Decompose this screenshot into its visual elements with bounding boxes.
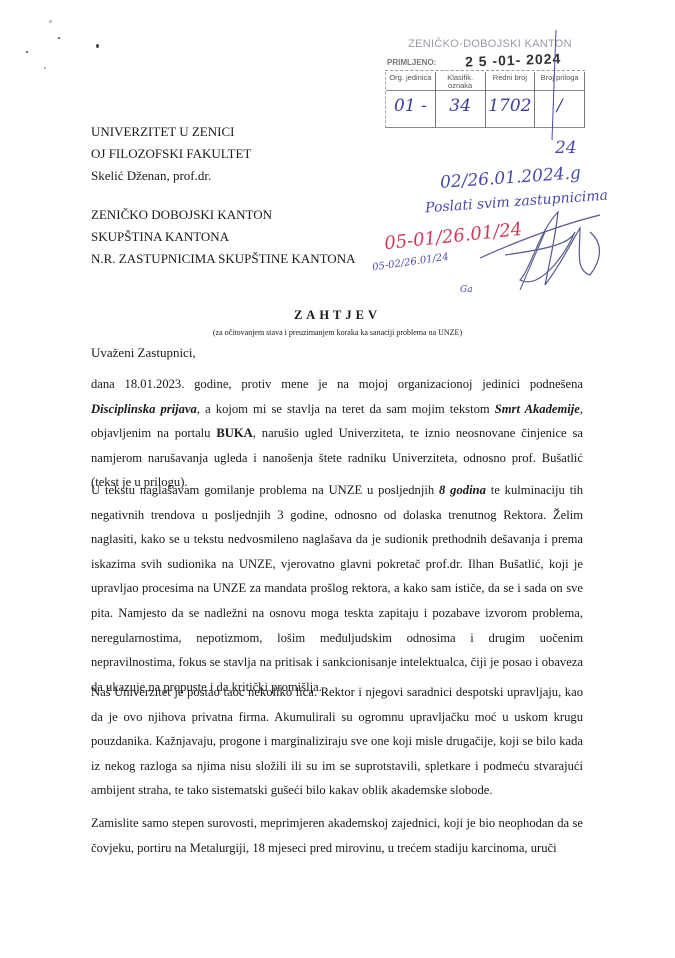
stamp-extra-handwritten: 24 <box>555 138 577 158</box>
stamp-col-value: / <box>535 96 584 116</box>
document-title: ZAHTJEV <box>0 308 675 323</box>
recipient-line-1: ZENIČKO DOBOJSKI KANTON <box>91 204 355 226</box>
emphasis-disciplinary-report: Disciplinska prijava <box>91 402 197 416</box>
handwritten-date-note: 02/26.01.2024.g <box>439 163 581 193</box>
sender-line-2: OJ FILOZOFSKI FAKULTET <box>91 143 251 165</box>
sender-line-3: Skelić Dženan, prof.dr. <box>91 165 251 187</box>
stamp-col-classification: Klasifik. oznaka 34 <box>436 72 486 128</box>
stamp-received-date: 2 5 -01- 2024 <box>465 50 562 69</box>
paragraph-1: dana 18.01.2023. godine, protiv mene je … <box>91 372 583 495</box>
paragraph-2: U tekstu naglašavam gomilanje problema n… <box>91 478 583 699</box>
recipient-block: ZENIČKO DOBOJSKI KANTON SKUPŠTINA KANTON… <box>91 204 355 270</box>
scan-speck <box>26 51 28 53</box>
text-run: , a kojom mi se stavlja na teret da sam … <box>197 402 495 416</box>
document-subtitle: (za očitovanjem stava i preuzimanjem kor… <box>0 328 675 337</box>
stamp-header: ZENIČKO-DOBOJSKI KANTON <box>395 38 585 50</box>
handwritten-initials: Ga <box>460 285 473 295</box>
emphasis-portal-name: BUKA <box>216 426 252 440</box>
stamp-col-value: 1702 <box>486 96 535 116</box>
stamp-col-label: Klasifik. oznaka <box>436 74 485 91</box>
text-run: U tekstu naglašavam gomilanje problema n… <box>91 483 439 497</box>
salutation: Uvaženi Zastupnici, <box>91 345 196 361</box>
text-run: te kulminaciju tih negativnih trendova u… <box>91 483 583 694</box>
scan-speck <box>96 44 99 48</box>
stamp-col-label: Redni broj <box>486 74 535 91</box>
paragraph-4: Zamislite samo stepen surovosti, meprimj… <box>91 811 583 860</box>
emphasis-years: 8 godina <box>439 483 486 497</box>
sender-block: UNIVERZITET U ZENICI OJ FILOZOFSKI FAKUL… <box>91 121 251 187</box>
stamp-col-attachments: Broj priloga / <box>535 72 585 128</box>
registry-stamp: ZENIČKO-DOBOJSKI KANTON PRIMLJENO: 2 5 -… <box>385 34 585 134</box>
scan-speck <box>49 20 52 23</box>
text-run: dana 18.01.2023. godine, protiv mene je … <box>91 377 583 391</box>
recipient-line-3: N.R. ZASTUPNICIMA SKUPŠTINE KANTONA <box>91 248 355 270</box>
emphasis-article-title: Smrt Akademije <box>495 402 580 416</box>
recipient-line-2: SKUPŠTINA KANTONA <box>91 226 355 248</box>
stamp-col-org-unit: Org. jedinica 01 - <box>385 72 436 128</box>
stamp-received-label: PRIMLJENO: <box>387 58 436 67</box>
stamp-col-label: Broj priloga <box>535 74 584 91</box>
scan-speck <box>58 37 60 39</box>
stamp-col-value: 34 <box>436 96 485 116</box>
scan-speck <box>44 67 46 69</box>
stamp-col-serial: Redni broj 1702 <box>486 72 536 128</box>
handwritten-small-number: 05-02/26.01/24 <box>372 252 450 274</box>
handwritten-red-number: 05-01/26.01/24 <box>383 219 523 254</box>
stamp-grid: Org. jedinica 01 - Klasifik. oznaka 34 R… <box>385 72 585 128</box>
paragraph-3: Naš Univerzitet je postao taoc nekoliko … <box>91 680 583 803</box>
stamp-col-value: 01 - <box>386 96 435 116</box>
stamp-col-label: Org. jedinica <box>386 74 435 91</box>
sender-line-1: UNIVERZITET U ZENICI <box>91 121 251 143</box>
